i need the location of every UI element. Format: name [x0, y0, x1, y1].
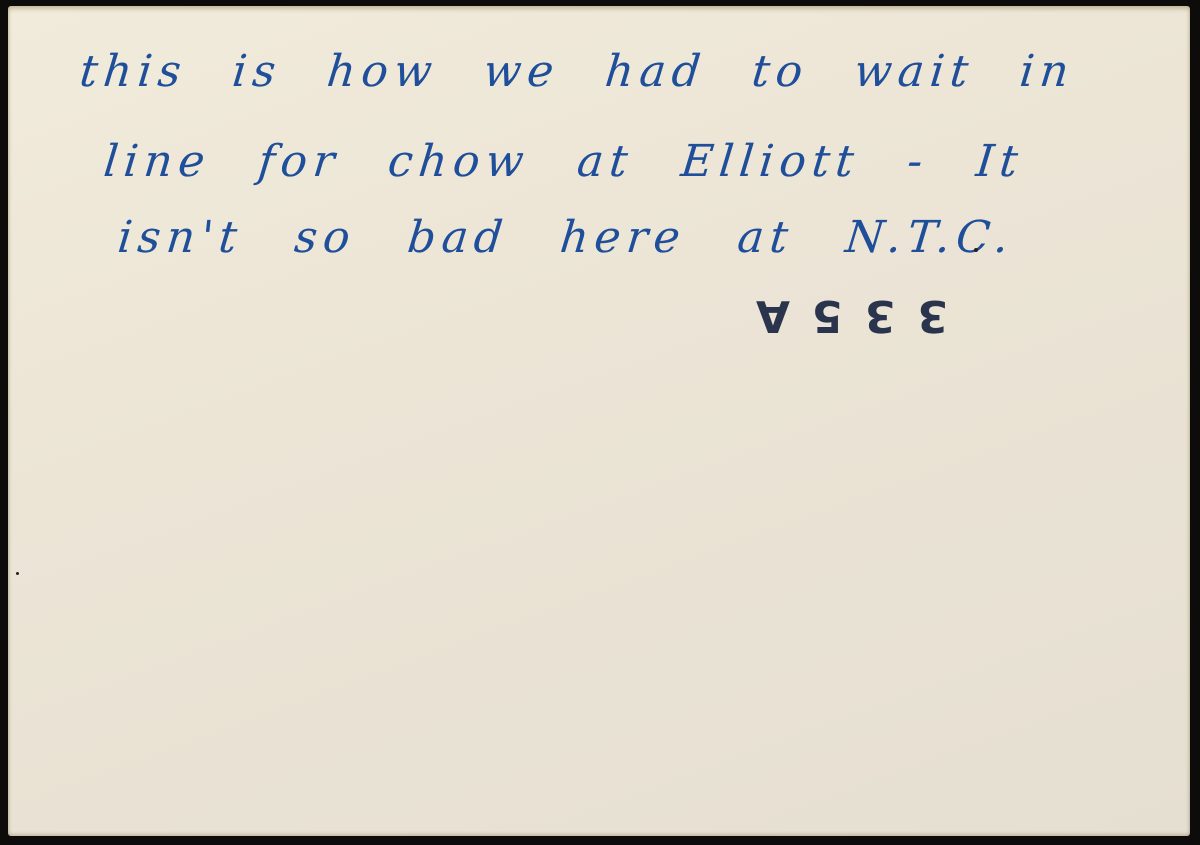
stamped-number: 335A: [734, 290, 948, 341]
handwritten-line-3: isn't so bad here at N.T.C.: [115, 212, 1017, 263]
ink-speck: [974, 248, 978, 252]
photo-back-card: this is how we had to wait in line for c…: [8, 6, 1190, 836]
ink-speck: [16, 572, 19, 575]
handwritten-line-2: line for chow at Elliott - It: [101, 136, 1026, 187]
handwritten-line-1: this is how we had to wait in: [77, 46, 1077, 97]
